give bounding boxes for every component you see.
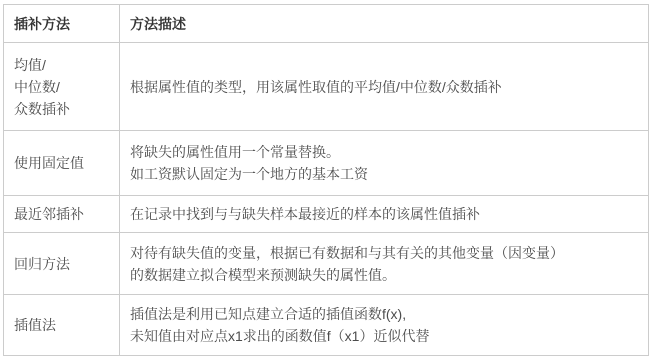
method-cell: 最近邻插补 xyxy=(4,196,120,233)
table-row: 均值/ 中位数/ 众数插补 根据属性值的类型，用该属性取值的平均值/中位数/众数… xyxy=(4,43,649,131)
method-cell: 回归方法 xyxy=(4,233,120,295)
description-cell: 在记录中找到与与缺失样本最接近的样本的该属性值插补 xyxy=(120,196,649,233)
table-row: 最近邻插补 在记录中找到与与缺失样本最接近的样本的该属性值插补 xyxy=(4,196,649,233)
header-cell-method: 插补方法 xyxy=(4,5,120,43)
description-cell: 根据属性值的类型，用该属性取值的平均值/中位数/众数插补 xyxy=(120,43,649,131)
table-row: 插值法 插值法是利用已知点建立合适的插值函数f(x), 未知值由对应点x1求出的… xyxy=(4,295,649,356)
method-cell: 插值法 xyxy=(4,295,120,356)
table-row: 回归方法 对待有缺失值的变量，根据已有数据和与其有关的其他变量（因变量） 的数据… xyxy=(4,233,649,295)
description-cell: 将缺失的属性值用一个常量替换。 如工资默认固定为一个地方的基本工资 xyxy=(120,131,649,196)
method-cell: 均值/ 中位数/ 众数插补 xyxy=(4,43,120,131)
table-header-row: 插补方法 方法描述 xyxy=(4,5,649,43)
description-cell: 对待有缺失值的变量，根据已有数据和与其有关的其他变量（因变量） 的数据建立拟合模… xyxy=(120,233,649,295)
method-cell: 使用固定值 xyxy=(4,131,120,196)
header-cell-description: 方法描述 xyxy=(120,5,649,43)
description-cell: 插值法是利用已知点建立合适的插值函数f(x), 未知值由对应点x1求出的函数值f… xyxy=(120,295,649,356)
interpolation-methods-table: 插补方法 方法描述 均值/ 中位数/ 众数插补 根据属性值的类型，用该属性取值的… xyxy=(3,4,649,356)
table-row: 使用固定值 将缺失的属性值用一个常量替换。 如工资默认固定为一个地方的基本工资 xyxy=(4,131,649,196)
